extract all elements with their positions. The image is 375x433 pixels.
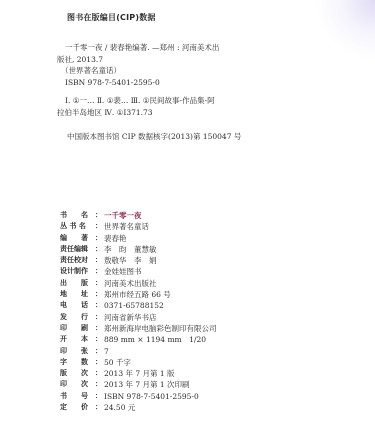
imprint-row-author: 编 著：裴春艳 bbox=[60, 233, 217, 244]
value: 世界著名童话 bbox=[102, 221, 149, 232]
imprint-row-price: 定 价：24.50 元 bbox=[60, 402, 217, 413]
imprint-row-edition: 版 次：2013 年 7 月第 1 版 bbox=[60, 368, 217, 379]
value: 0371-65788152 bbox=[102, 300, 164, 311]
label: 地 址： bbox=[60, 289, 102, 300]
label-text: 设计制作 bbox=[60, 266, 88, 277]
imprint-row-printer: 印 刷：郑州新海岸电脑彩色制印有限公司 bbox=[60, 323, 217, 334]
cip-line: 一千零一夜 / 裴春艳编著. —郑州 : 河南美术出 bbox=[57, 42, 237, 54]
value: 金娃娃图书 bbox=[102, 266, 142, 277]
value: 李 昀 董慧敏 bbox=[102, 244, 157, 255]
value: 50 千字 bbox=[102, 357, 131, 368]
value: 2013 年 7 月第 1 版 bbox=[102, 368, 175, 379]
label-text: 责任编辑 bbox=[60, 244, 88, 255]
imprint-row-editor: 责任编辑：李 昀 董慧敏 bbox=[60, 244, 217, 255]
label-text: 开 本 bbox=[60, 334, 88, 345]
label: 丛 书 名： bbox=[60, 221, 102, 232]
label: 编 著： bbox=[60, 233, 102, 244]
label: 印 次： bbox=[60, 379, 102, 390]
value: 河南省新华书店 bbox=[102, 312, 157, 323]
label-text: 印 次 bbox=[60, 379, 88, 390]
imprint-row-format: 开 本：889 mm × 1194 mm 1/20 bbox=[60, 334, 217, 345]
value: 敖敬华 李 娟 bbox=[102, 255, 157, 266]
value: 889 mm × 1194 mm 1/20 bbox=[102, 334, 206, 345]
cip-line: ISBN 978-7-5401-2595-0 bbox=[57, 77, 237, 89]
label-text: 版 次 bbox=[60, 368, 88, 379]
label: 版 次： bbox=[60, 368, 102, 379]
value: 郑州新海岸电脑彩色制印有限公司 bbox=[102, 323, 217, 334]
imprint-row-series: 丛 书 名：世界著名童话 bbox=[60, 221, 217, 232]
label-text: 定 价 bbox=[60, 402, 88, 413]
label-text: 责任校对 bbox=[60, 255, 88, 266]
value: 7 bbox=[102, 346, 109, 357]
label: 印 刷： bbox=[60, 323, 102, 334]
label-text: 电 话 bbox=[60, 300, 88, 311]
label-text: 印 张 bbox=[60, 346, 88, 357]
imprint-row-wordcount: 字 数：50 千字 bbox=[60, 357, 217, 368]
label: 出 版： bbox=[60, 278, 102, 289]
cip-record-number: 中国版本图书馆 CIP 数据核字(2013)第 150047 号 bbox=[67, 131, 241, 142]
book-title: 一千零一夜 bbox=[102, 210, 142, 221]
value: 郑州市经五路 66 号 bbox=[102, 289, 171, 300]
cip-title: 图书在版编目(CIP)数据 bbox=[67, 12, 156, 23]
label-text: 书 号 bbox=[60, 391, 88, 402]
classification-line: 拉伯半岛地区 Ⅳ. ①I371.73 bbox=[57, 107, 215, 119]
label: 定 价： bbox=[60, 402, 102, 413]
label-text: 出 版 bbox=[60, 278, 88, 289]
imprint-row-phone: 电 话：0371-65788152 bbox=[60, 300, 217, 311]
label: 电 话： bbox=[60, 300, 102, 311]
label: 责任编辑： bbox=[60, 244, 102, 255]
imprint-row-isbn: 书 号：ISBN 978-7-5401-2595-0 bbox=[60, 391, 217, 402]
imprint-row-title: 书 名：一千零一夜 bbox=[60, 210, 217, 221]
imprint-row-sheets: 印 张：7 bbox=[60, 346, 217, 357]
imprint-row-proofreader: 责任校对：敖敬华 李 娟 bbox=[60, 255, 217, 266]
imprint-table: 书 名：一千零一夜 丛 书 名：世界著名童话 编 著：裴春艳 责任编辑：李 昀 … bbox=[60, 210, 217, 413]
classification-line: Ⅰ. ①一… Ⅱ. ①裴… Ⅲ. ①民间故事-作品集-阿 bbox=[57, 95, 215, 107]
label-text: 字 数 bbox=[60, 357, 88, 368]
cip-record: 一千零一夜 / 裴春艳编著. —郑州 : 河南美术出 版社, 2013.7 （世… bbox=[57, 42, 237, 88]
value: 裴春艳 bbox=[102, 233, 127, 244]
value: 24.50 元 bbox=[102, 402, 135, 413]
label: 印 张： bbox=[60, 346, 102, 357]
label-text: 丛 书 名 bbox=[60, 221, 86, 232]
label: 设计制作： bbox=[60, 266, 102, 277]
label-text: 发 行 bbox=[60, 312, 88, 323]
label: 字 数： bbox=[60, 357, 102, 368]
imprint-row-design: 设计制作：金娃娃图书 bbox=[60, 266, 217, 277]
label: 发 行： bbox=[60, 312, 102, 323]
cip-classification: Ⅰ. ①一… Ⅱ. ①裴… Ⅲ. ①民间故事-作品集-阿 拉伯半岛地区 Ⅳ. ①… bbox=[57, 95, 215, 118]
imprint-row-printing: 印 次：2013 年 7 月第 1 次印刷 bbox=[60, 379, 217, 390]
corner-tint bbox=[315, 0, 375, 60]
label: 书 名： bbox=[60, 210, 102, 221]
imprint-row-address: 地 址：郑州市经五路 66 号 bbox=[60, 289, 217, 300]
label: 开 本： bbox=[60, 334, 102, 345]
value: 河南美术出版社 bbox=[102, 278, 157, 289]
label: 责任校对： bbox=[60, 255, 102, 266]
label-text: 印 刷 bbox=[60, 323, 88, 334]
label-text: 地 址 bbox=[60, 289, 88, 300]
label-text: 编 著 bbox=[60, 233, 88, 244]
imprint-row-publisher: 出 版：河南美术出版社 bbox=[60, 278, 217, 289]
imprint-row-distributor: 发 行：河南省新华书店 bbox=[60, 312, 217, 323]
label-text: 书 名 bbox=[60, 210, 88, 221]
label: 书 号： bbox=[60, 391, 102, 402]
value: ISBN 978-7-5401-2595-0 bbox=[102, 391, 199, 402]
value: 2013 年 7 月第 1 次印刷 bbox=[102, 379, 190, 390]
cip-line: （世界著名童话） bbox=[57, 65, 237, 77]
cip-line: 版社, 2013.7 bbox=[57, 54, 237, 66]
